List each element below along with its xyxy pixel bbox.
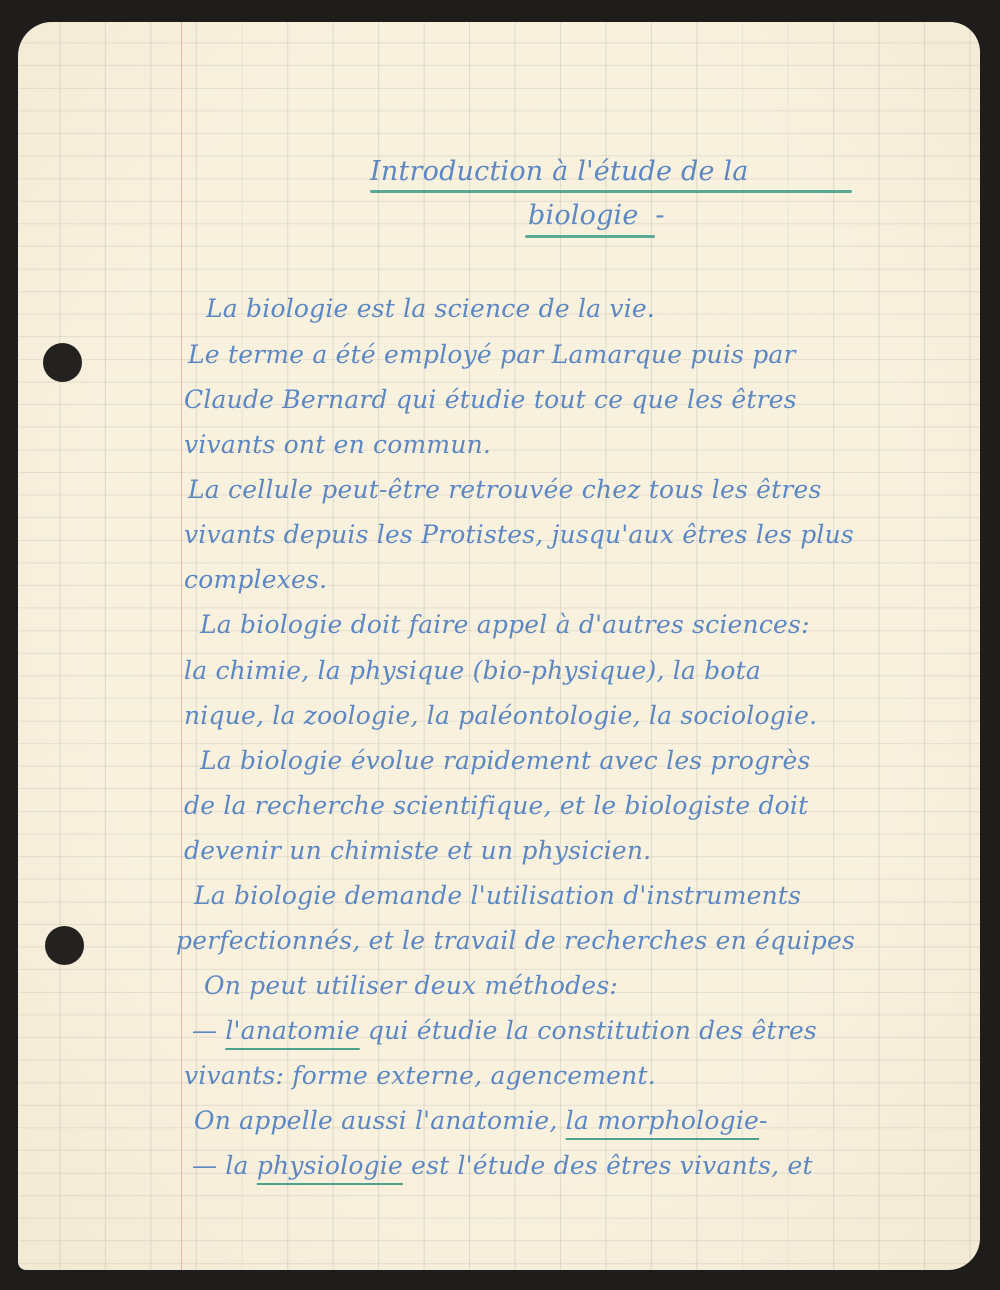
margin-line [181, 22, 182, 1270]
text-line: On peut utiliser deux méthodes: [204, 973, 618, 998]
morphology-line: On appelle aussi l'anatomie, la morpholo… [194, 1108, 768, 1133]
text-line: vivants: forme externe, agencement. [184, 1063, 656, 1088]
title-underline-1 [370, 190, 852, 193]
text-line: perfectionnés, et le travail de recherch… [176, 928, 855, 953]
title-dash: - [655, 200, 664, 231]
term-anatomie: l'anatomie [225, 1016, 359, 1045]
text-line: La cellule peut-être retrouvée chez tous… [188, 477, 822, 502]
punch-hole-top [43, 343, 82, 382]
title-word: biologie [528, 200, 639, 231]
text-line: la chimie, la physique (bio-physique), l… [184, 658, 761, 683]
text-line: La biologie évolue rapidement avec les p… [200, 748, 810, 773]
physiology-definition: est l'étude des êtres vivants, et [403, 1151, 813, 1180]
text-line: nique, la zoologie, la paléontologie, la… [184, 703, 817, 728]
text-line: complexes. [184, 567, 327, 592]
text-line: devenir un chimiste et un physicien. [184, 838, 651, 863]
method-anatomy-line: — l'anatomie qui étudie la constitution … [192, 1018, 817, 1043]
physiology-article: la [225, 1151, 256, 1180]
title-underline-2 [525, 235, 655, 238]
text-line: Claude Bernard qui étudie tout ce que le… [184, 387, 797, 412]
term-morphologie: la morphologie [566, 1106, 759, 1135]
text-line: de la recherche scientifique, et le biol… [184, 793, 808, 818]
notebook-page: Introduction à l'étude de la biologie - … [18, 22, 980, 1270]
text-line: La biologie doit faire appel à d'autres … [200, 612, 810, 637]
text-line: La biologie est la science de la vie. [206, 296, 655, 321]
punch-hole-bottom [45, 926, 84, 965]
page-title-line-1: Introduction à l'étude de la [370, 158, 749, 185]
morphology-dash: - [759, 1106, 768, 1135]
anatomy-definition: qui étudie la constitution des êtres [360, 1016, 817, 1045]
term-physiologie: physiologie [257, 1151, 403, 1180]
text-line: vivants depuis les Protistes, jusqu'aux … [184, 522, 854, 547]
method-physiology-line: — la physiologie est l'étude des êtres v… [192, 1153, 813, 1178]
page-title-line-2: biologie - [528, 202, 665, 229]
text-line: La biologie demande l'utilisation d'inst… [194, 883, 801, 908]
text-line: Le terme a été employé par Lamarque puis… [188, 342, 796, 367]
list-dash: — [192, 1016, 217, 1045]
text-line: vivants ont en commun. [184, 432, 491, 457]
list-dash: — [192, 1151, 217, 1180]
morphology-prefix: On appelle aussi l'anatomie, [194, 1106, 566, 1135]
